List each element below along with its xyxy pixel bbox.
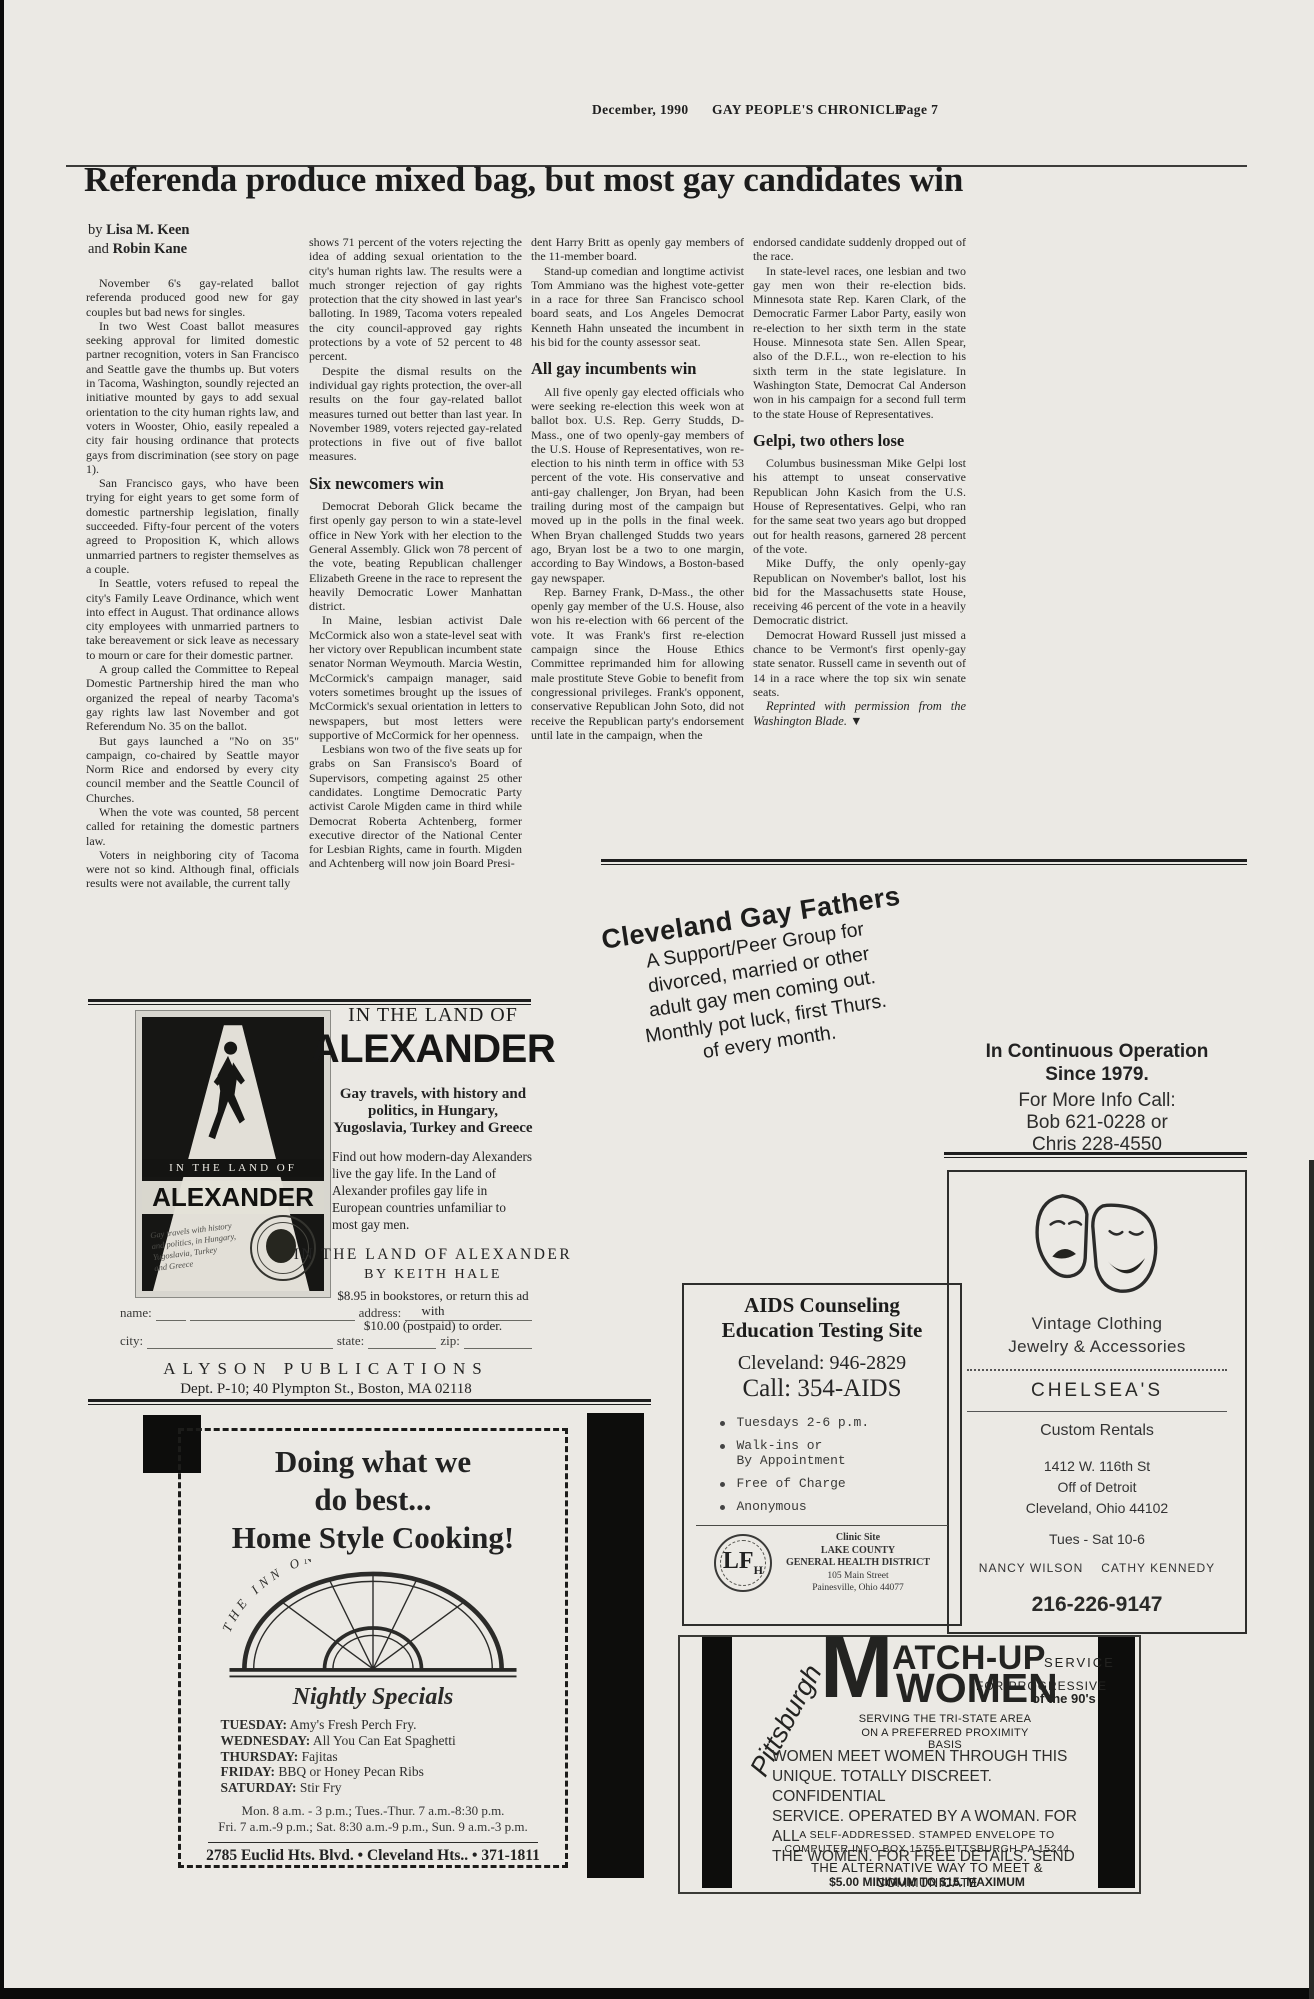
aids-title-1: AIDS Counseling [744,1293,900,1318]
section-divider-rule [601,859,1247,865]
svg-text:THE INN ON COVENTRY: THE INN ON COVENTRY [219,1559,429,1634]
bullet-line: Walk-ins or [737,1438,823,1453]
zip-field-blank [464,1335,532,1349]
comedy-tragedy-masks-icon [1022,1184,1172,1302]
clinic-info: Clinic Site LAKE COUNTY GENERAL HEALTH D… [786,1532,930,1595]
chelseas-hours: Tues - Sat 10-6 [1049,1531,1145,1547]
matchup-send-2: COMPUTER INFO BOX 15755 PITTSBURGH PA 15… [762,1843,1092,1855]
special-row: FRIDAY: BBQ or Honey Pecan Ribs [221,1764,526,1780]
inn-headline-line: Home Style Cooking! [232,1519,514,1557]
alexander-body: Find out how modern-day Alexanders live … [332,1148,534,1233]
special-day: TUESDAY: [221,1717,288,1732]
special-item: Amy's Fresh Perch Fry. [290,1717,417,1732]
special-row: THURSDAY: Fajitas [221,1749,526,1765]
byline-and: and [88,241,109,257]
inn-headline-line: Doing what we [275,1443,471,1481]
ad-matchup: Pittsburgh M ATCH-UP SERVICE FOR PROGRES… [678,1635,1141,1894]
right-column-divider-rule [944,1152,1247,1158]
bullet-item: Tuesdays 2-6 p.m. [737,1415,870,1430]
down-triangle-icon: ▼ [850,714,862,728]
paragraph: Democrat Howard Russell just missed a ch… [753,628,966,699]
ad-operation-info: In Continuous Operation Since 1979. For … [948,1040,1246,1156]
inn-headline-line: do best... [314,1481,431,1519]
publisher-name: ALYSON PUBLICATIONS [120,1359,532,1379]
paragraph: When the vote was counted, 58 percent ca… [86,805,299,848]
inn-address: 2785 Euclid Hts. Blvd. • Cleveland Hts..… [206,1847,540,1865]
alexander-kicker: IN THE LAND OF [348,1004,518,1027]
clinic-address: 105 Main Street [786,1570,930,1583]
black-bar-decoration [587,1413,644,1878]
article-column-3: dent Harry Britt as openly gay members o… [531,235,744,742]
address-field-label: address: [359,1305,402,1321]
matchup-right-bar [1098,1637,1135,1888]
byline-author-1: Lisa M. Keen [106,222,189,238]
chelseas-service: Custom Rentals [1040,1422,1154,1440]
operation-line: In Continuous Operation [948,1040,1246,1063]
inn-arc-text: THE INN ON COVENTRY [219,1559,429,1634]
scan-edge-bottom [0,1988,1314,1999]
bullet-icon [720,1482,725,1487]
chelseas-address: 1412 W. 116th St [1044,1458,1150,1474]
bullet-icon [720,1505,725,1510]
reprint-credit: Reprinted with permission from the Washi… [753,699,966,728]
state-field-label: state: [337,1333,364,1349]
masthead-page-number: Page 7 [898,102,938,118]
publisher-address: Dept. P-10; 40 Plympton St., Boston, MA … [120,1381,532,1398]
special-row: WEDNESDAY: All You Can Eat Spaghetti [221,1733,526,1749]
paragraph: Stand-up comedian and longtime activist … [531,264,744,350]
aids-phone-cleveland: Cleveland: 946-2829 [738,1352,906,1375]
newspaper-page: December, 1990 GAY PEOPLE'S CHRONICLE Pa… [0,0,1314,1999]
bullet-icon [720,1444,725,1449]
paragraph: Despite the dismal results on the indivi… [309,364,522,464]
subhead-gelpi-two-others-lose: Gelpi, two others lose [753,434,966,448]
matchup-serving-1: SERVING THE TRI-STATE AREA [855,1713,1035,1725]
body-line: SERVICE. OPERATED BY A WOMAN. FOR ALL [772,1807,1102,1847]
masthead-date: December, 1990 [592,102,689,118]
chelseas-address: Cleveland, Ohio 44102 [1026,1500,1168,1516]
paragraph: endorsed candidate suddenly dropped out … [753,235,966,264]
paragraph: Democrat Deborah Glick became the first … [309,499,522,613]
chelseas-address: Off of Detroit [1057,1479,1136,1495]
owner-name: NANCY WILSON [979,1561,1083,1575]
clinic-name: GENERAL HEALTH DISTRICT [786,1557,930,1570]
paragraph: dent Harry Britt as openly gay members o… [531,235,744,264]
inn-hours: Mon. 8 a.m. - 3 p.m.; Tues.-Thur. 7 a.m.… [218,1803,527,1835]
body-line: UNIQUE. TOTALLY DISCREET. CONFIDENTIAL [772,1767,1102,1807]
chelseas-line: Vintage Clothing [1032,1314,1163,1334]
paragraph: shows 71 percent of the voters rejecting… [309,235,522,364]
special-day: SATURDAY: [221,1780,297,1795]
paragraph: Voters in neighboring city of Tacoma wer… [86,848,299,891]
clinic-address: Painesville, Ohio 44077 [786,1582,930,1595]
byline: by Lisa M. Keen and Robin Kane [88,221,190,259]
operation-line: Since 1979. [948,1063,1246,1086]
fanlight-arch-icon: THE INN ON COVENTRY [208,1559,538,1682]
subhead-six-newcomers: Six newcomers win [309,477,522,491]
order-form-row-1: name: address: [120,1305,532,1321]
state-field-blank [368,1335,436,1349]
bullet-icon [720,1421,725,1426]
bullet-item: Anonymous [737,1499,807,1514]
hours-line: Mon. 8 a.m. - 3 p.m.; Tues.-Thur. 7 a.m.… [218,1803,527,1819]
scan-edge-left [0,0,4,1999]
byline-author-2: Robin Kane [113,241,188,257]
byline-by: by [88,222,103,238]
body-line: WOMEN MEET WOMEN THROUGH THIS [772,1747,1102,1767]
inn-specials-title: Nightly Specials [293,1684,454,1711]
aids-bullet-list: Tuesdays 2-6 p.m. Walk-ins or By Appoint… [720,1415,925,1514]
dotted-separator [967,1369,1227,1371]
paragraph: All five openly gay elected officials wh… [531,385,744,585]
hours-line: Fri. 7 a.m.-9 p.m.; Sat. 8:30 a.m.-9 p.m… [218,1819,527,1835]
alexander-book-line: IN THE LAND OF ALEXANDER [294,1246,572,1264]
zip-field-label: zip: [440,1333,460,1349]
aids-phone-hotline: Call: 354-AIDS [742,1375,901,1403]
bullet-item: Walk-ins or By Appointment [737,1438,846,1468]
name-field-blank [156,1307,186,1321]
ad-cleveland-gay-fathers: Cleveland Gay Fathers A Support/Peer Gro… [529,870,991,1087]
paragraph: In Seattle, voters refused to repeal the… [86,576,299,662]
health-district-seal-icon: LFH [714,1534,772,1592]
paragraph: In state-level races, one lesbian and tw… [753,264,966,421]
cover-kicker: IN THE LAND OF [142,1159,324,1177]
article-column-1: November 6's gay-related ballot referend… [86,276,299,891]
aids-title-2: Education Testing Site [722,1318,923,1343]
owner-name: CATHY KENNEDY [1101,1561,1215,1575]
alexander-title: ALEXANDER [311,1027,555,1072]
special-day: FRIDAY: [221,1764,276,1779]
matchup-left-bar [702,1637,732,1888]
city-field-label: city: [120,1333,143,1349]
name-field-line [190,1307,355,1321]
clinic-name: LAKE COUNTY [786,1545,930,1558]
alexander-author-line: BY KEITH HALE [364,1267,502,1283]
chelseas-name: CHELSEA'S [1031,1380,1163,1402]
operation-phone-bob: Bob 621-0228 or [948,1112,1246,1134]
cover-title: ALEXANDER [142,1181,324,1214]
special-row: SATURDAY: Stir Fry [221,1780,526,1796]
scan-edge-right [1309,1160,1314,1999]
clinic-label: Clinic Site [786,1532,930,1545]
paragraph: In Maine, lesbian activist Dale McCormic… [309,613,522,742]
paragraph: But gays launched a "No on 35" campaign,… [86,734,299,805]
city-field-blank [147,1335,333,1349]
inn-specials-list: TUESDAY: Amy's Fresh Perch Fry. WEDNESDA… [221,1717,526,1796]
matchup-logo-m: M [820,1623,893,1711]
name-field-label: name: [120,1305,152,1321]
paragraph: In two West Coast ballot measures seekin… [86,319,299,476]
article-column-2: shows 71 percent of the voters rejecting… [309,235,522,871]
special-item: Fajitas [302,1749,338,1764]
ad-alexander-text: IN THE LAND OF ALEXANDER Gay travels, wi… [332,1004,534,1333]
order-form-row-2: city: state: zip: [120,1333,532,1349]
solid-separator [967,1411,1227,1412]
paragraph: San Francisco gays, who have been trying… [86,476,299,576]
subhead-all-gay-incumbents: All gay incumbents win [531,362,744,376]
operation-line: For More Info Call: [948,1090,1246,1112]
special-day: THURSDAY: [221,1749,299,1764]
ad-chelseas: Vintage Clothing Jewelry & Accessories C… [947,1170,1247,1634]
bullet-item: Free of Charge [737,1476,846,1491]
ad-inn-on-coventry: Doing what we do best... Home Style Cook… [178,1428,568,1868]
paragraph: Lesbians won two of the five seats up fo… [309,742,522,871]
special-item: Stir Fry [300,1780,342,1795]
matchup-send-1: A SELF-ADDRESSED. STAMPED ENVELOPE TO [762,1829,1092,1841]
paragraph: Columbus businessman Mike Gelpi lost his… [753,456,966,556]
matchup-price-line: $5.00 MINIMUM TO $15. MAXIMUM [762,1875,1092,1889]
chelseas-phone: 216-226-9147 [1032,1593,1163,1617]
chelseas-line: Jewelry & Accessories [1008,1337,1186,1357]
alexander-bottom-rule [88,1399,651,1405]
special-row: TUESDAY: Amy's Fresh Perch Fry. [221,1717,526,1733]
chelseas-owners: NANCY WILSON CATHY KENNEDY [979,1561,1215,1575]
address-field-blank [405,1307,532,1321]
fanlight-base [229,1668,516,1672]
paragraph: Mike Duffy, the only openly-gay Republic… [753,556,966,627]
paragraph: A group called the Committee to Repeal D… [86,662,299,733]
aids-footer: LFH Clinic Site LAKE COUNTY GENERAL HEAL… [714,1532,930,1595]
special-item: BBQ or Honey Pecan Ribs [278,1764,424,1779]
matchup-of-line: of the 90's [1032,1691,1096,1706]
masthead-publication: GAY PEOPLE'S CHRONICLE [712,102,904,118]
ad-aids-counseling: AIDS Counseling Education Testing Site C… [682,1283,962,1626]
walking-figure-icon [202,1039,254,1143]
article-column-4: endorsed candidate suddenly dropped out … [753,235,966,728]
special-item: All You Can Eat Spaghetti [313,1733,456,1748]
aids-separator [696,1525,948,1526]
bullet-line: By Appointment [737,1453,846,1468]
paragraph: November 6's gay-related ballot referend… [86,276,299,319]
special-day: WEDNESDAY: [221,1733,311,1748]
paragraph: Rep. Barney Frank, D-Mass., the other op… [531,585,744,742]
inn-separator [208,1842,538,1843]
page-headline: Referenda produce mixed bag, but most ga… [84,160,963,200]
alexander-subtitle: Gay travels, with history and politics, … [332,1086,534,1137]
